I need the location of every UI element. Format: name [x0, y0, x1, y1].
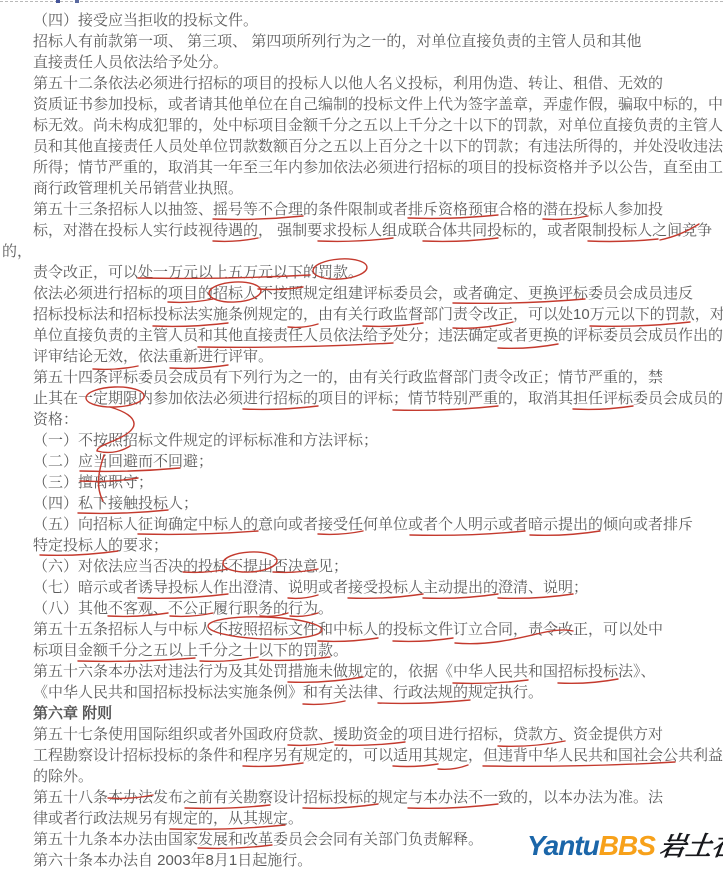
text-line: 特定投标人的要求；	[0, 535, 723, 556]
text-line: 第五十三条招标人以抽签、摇号等不合理的条件限制或者排斥资格预审合格的潜在投标人参…	[0, 199, 723, 220]
text-line: 所得；情节严重的，取消其一年至三年内参加依法必须进行招标的项目的投标资格并予以公…	[0, 157, 723, 178]
logo-cjk-text: 岩土在线	[658, 832, 723, 860]
text-line: 的，	[0, 241, 723, 262]
logo-yantu: Yantu	[527, 830, 599, 861]
text-line: 第五十七条使用国际组织或者外国政府贷款、援助资金的项目进行招标，贷款方、资金提供…	[0, 724, 723, 745]
text-line: （一）不按照招标文件规定的评标标准和方法评标；	[0, 430, 723, 451]
text-line: 第五十五条招标人与中标人不按照招标文件和中标人的投标文件订立合同，责令改正，可以…	[0, 619, 723, 640]
text-line: 评审结论无效，依法重新进行评审。	[0, 346, 723, 367]
text-line: （七）暗示或者诱导投标人作出澄清、说明或者接受投标人主动提出的澄清、说明；	[0, 577, 723, 598]
text-line: 招标人有前款第一项、 第三项、 第四项所列行为之一的，对单位直接负责的主管人员和…	[0, 31, 723, 52]
text-line: 标无效。尚未构成犯罪的，处中标项目金额千分之五以上千分之十以下的罚款，对单位直接…	[0, 115, 723, 136]
text-line: 资格：	[0, 409, 723, 430]
text-line: 商行政管理机关吊销营业执照。	[0, 178, 723, 199]
document-text: （四）接受应当拒收的投标文件。招标人有前款第一项、 第三项、 第四项所列行为之一…	[0, 10, 723, 871]
text-line: 第五十六条本办法对违法行为及其处罚措施未做规定的，依据《中华人民共和国招标投标法…	[0, 661, 723, 682]
text-line: 《中华人民共和国招标投标法实施条例》和有关法律、行政法规的规定执行。	[0, 682, 723, 703]
text-line: 的除外。	[0, 766, 723, 787]
text-line: 依法必须进行招标的项目的招标人不按照规定组建评标委员会，或者确定、更换评标委员会…	[0, 283, 723, 304]
text-line: 直接责任人员依法给予处分。	[0, 52, 723, 73]
text-line: 招标投标法和招标投标法实施条例规定的，由有关行政监督部门责令改正，可以处10万元…	[0, 304, 723, 325]
text-line: 第五十八条本办法发布之前有关勘察设计招标投标的规定与本办法不一致的，以本办法为准…	[0, 787, 723, 808]
top-divider	[0, 1, 723, 2]
top-edge-artifact	[75, 0, 79, 3]
text-line: 第五十二条依法必须进行招标的项目的投标人以他人名义投标，利用伪造、转让、租借、无…	[0, 73, 723, 94]
text-line: 律或者行政法规另有规定的，从其规定。	[0, 808, 723, 829]
text-line: （八）其他不客观、不公正履行职务的行为。	[0, 598, 723, 619]
text-line: 员和其他直接责任人员处单位罚款数额百分之五以上百分之十以下的罚款；有违法所得的，…	[0, 136, 723, 157]
text-line: （四）私下接触投标人；	[0, 493, 723, 514]
text-line: 责令改正，可以处一万元以上五万元以下的罚款。	[0, 262, 723, 283]
yantubbs-logo: YantuBBS岩土在线	[527, 832, 723, 865]
text-line: （四）接受应当拒收的投标文件。	[0, 10, 723, 31]
text-line: 单位直接负责的主管人员和其他直接责任人员依法给予处分；违法确定或者更换的评标委员…	[0, 325, 723, 346]
text-line: （五）向招标人征询确定中标人的意向或者接受任何单位或者个人明示或者暗示提出的倾向…	[0, 514, 723, 535]
text-line: （二）应当回避而不回避；	[0, 451, 723, 472]
text-line: 工程勘察设计招标投标的条件和程序另有规定的，可以适用其规定，但违背中华人民共和国…	[0, 745, 723, 766]
text-line: 止其在一定期限内参加依法必须进行招标的项目的评标；情节特别严重的，取消其担任评标…	[0, 388, 723, 409]
top-edge-artifact	[56, 0, 60, 3]
text-line: 标，对潜在投标人实行歧视待遇的， 强制要求投标人组成联合体共同投标的，或者限制投…	[0, 220, 723, 241]
text-line: 标项目金额千分之五以上千分之十以下的罚款。	[0, 640, 723, 661]
text-line: 第五十四条评标委员会成员有下列行为之一的，由有关行政监督部门责令改正；情节严重的…	[0, 367, 723, 388]
text-line: 资质证书参加投标，或者请其他单位在自己编制的投标文件上代为签字盖章，弄虚作假，骗…	[0, 94, 723, 115]
text-line: 第六章 附则	[0, 703, 723, 724]
logo-bbs: BBS	[599, 830, 655, 861]
text-line: （三）擅离职守；	[0, 472, 723, 493]
text-line: （六）对依法应当否决的投标不提出否决意见；	[0, 556, 723, 577]
